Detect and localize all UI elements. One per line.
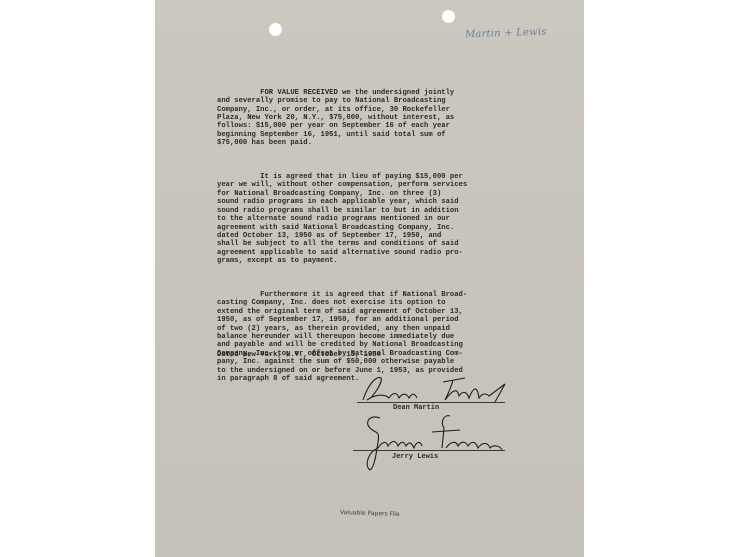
signature-line: [357, 402, 505, 403]
file-stamp: Valuable Papers File: [340, 509, 400, 518]
paragraph-3: Furthermore it is agreed that if Nationa…: [217, 291, 517, 383]
signature-line: [353, 450, 505, 451]
signatory-name: Jerry Lewis: [392, 453, 438, 461]
signature-jerry-lewis: [350, 412, 510, 472]
signatory-name: Dean Martin: [393, 404, 439, 412]
signature-dean-martin: [355, 372, 515, 404]
document-page: Martin + Lewis FOR VALUE RECEIVED we the…: [155, 0, 584, 557]
punch-hole: [269, 23, 282, 36]
paragraph-1: FOR VALUE RECEIVED we the undersigned jo…: [217, 89, 517, 148]
handwritten-annotation: Martin + Lewis: [465, 27, 547, 41]
punch-hole: [442, 10, 455, 23]
dated-line: Dated New York, N.Y., October 13, 1950: [217, 351, 381, 359]
paragraph-2: It is agreed that in lieu of paying $15,…: [217, 173, 517, 265]
